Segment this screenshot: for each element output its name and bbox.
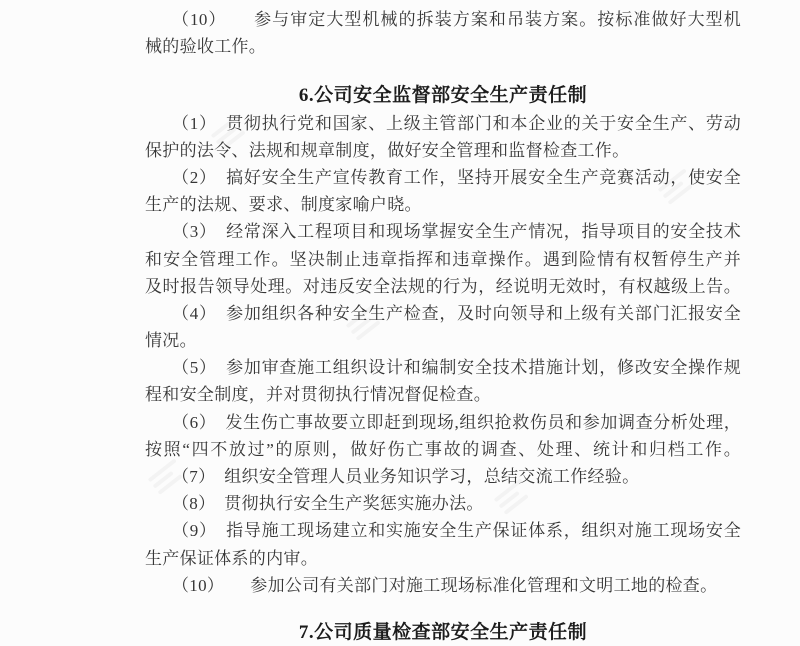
text-line: （9） 指导施工现场建立和实施安全生产保证体系，组织对施工现场安全	[145, 517, 741, 544]
text-block: （10） 参与审定大型机械的拆装方案和吊装方案。按标准做好大型机 械的验收工作。…	[145, 6, 741, 646]
text-line: 械的验收工作。	[145, 33, 741, 60]
text-line: （5） 参加审查施工组织设计和编制安全技术措施计划，修改安全操作规	[145, 354, 741, 381]
text-line: （3） 经常深入工程项目和现场掌握安全生产情况，指导项目的安全技术	[145, 218, 741, 245]
text-line: （10） 参加公司有关部门对施工现场标准化管理和文明工地的检查。	[145, 572, 741, 599]
section-gap	[145, 60, 741, 82]
text-line: 按照“四不放过”的原则，做好伤亡事故的调查、处理、统计和归档工作。	[145, 436, 741, 463]
text-line: 和安全管理工作。坚决制止违章指挥和违章操作。遇到险情有权暂停生产并	[145, 246, 741, 273]
section-gap	[145, 599, 741, 619]
document-page: （10） 参与审定大型机械的拆装方案和吊装方案。按标准做好大型机 械的验收工作。…	[0, 0, 800, 646]
text-line: （8） 贯彻执行安全生产奖惩实施办法。	[145, 490, 741, 517]
text-line: 及时报告领导处理。对违反安全法规的行为，经说明无效时，有权越级上告。	[145, 273, 741, 300]
text-line: 保护的法令、法规和规章制度，做好安全管理和监督检查工作。	[145, 137, 741, 164]
text-line: 程和安全制度，并对贯彻执行情况督促检查。	[145, 381, 741, 408]
text-line: 情况。	[145, 327, 741, 354]
text-line: （2） 搞好安全生产宣传教育工作，坚持开展安全生产竞赛活动，使安全	[145, 164, 741, 191]
text-line: （1） 贯彻执行党和国家、上级主管部门和本企业的关于安全生产、劳动	[145, 110, 741, 137]
text-line: （10） 参与审定大型机械的拆装方案和吊装方案。按标准做好大型机	[145, 6, 741, 33]
text-line: （4） 参加组织各种安全生产检查，及时向领导和上级有关部门汇报安全	[145, 300, 741, 327]
text-line: （6） 发生伤亡事故要立即赶到现场,组织抢救伤员和参加调查分析处理，	[145, 409, 741, 436]
section-heading: 7.公司质量检查部安全生产责任制	[145, 619, 741, 646]
text-line: 生产的法规、要求、制度家喻户晓。	[145, 191, 741, 218]
text-line: 生产保证体系的内审。	[145, 545, 741, 572]
section-heading: 6.公司安全监督部安全生产责任制	[145, 82, 741, 109]
text-line: （7） 组织安全管理人员业务知识学习，总结交流工作经验。	[145, 463, 741, 490]
